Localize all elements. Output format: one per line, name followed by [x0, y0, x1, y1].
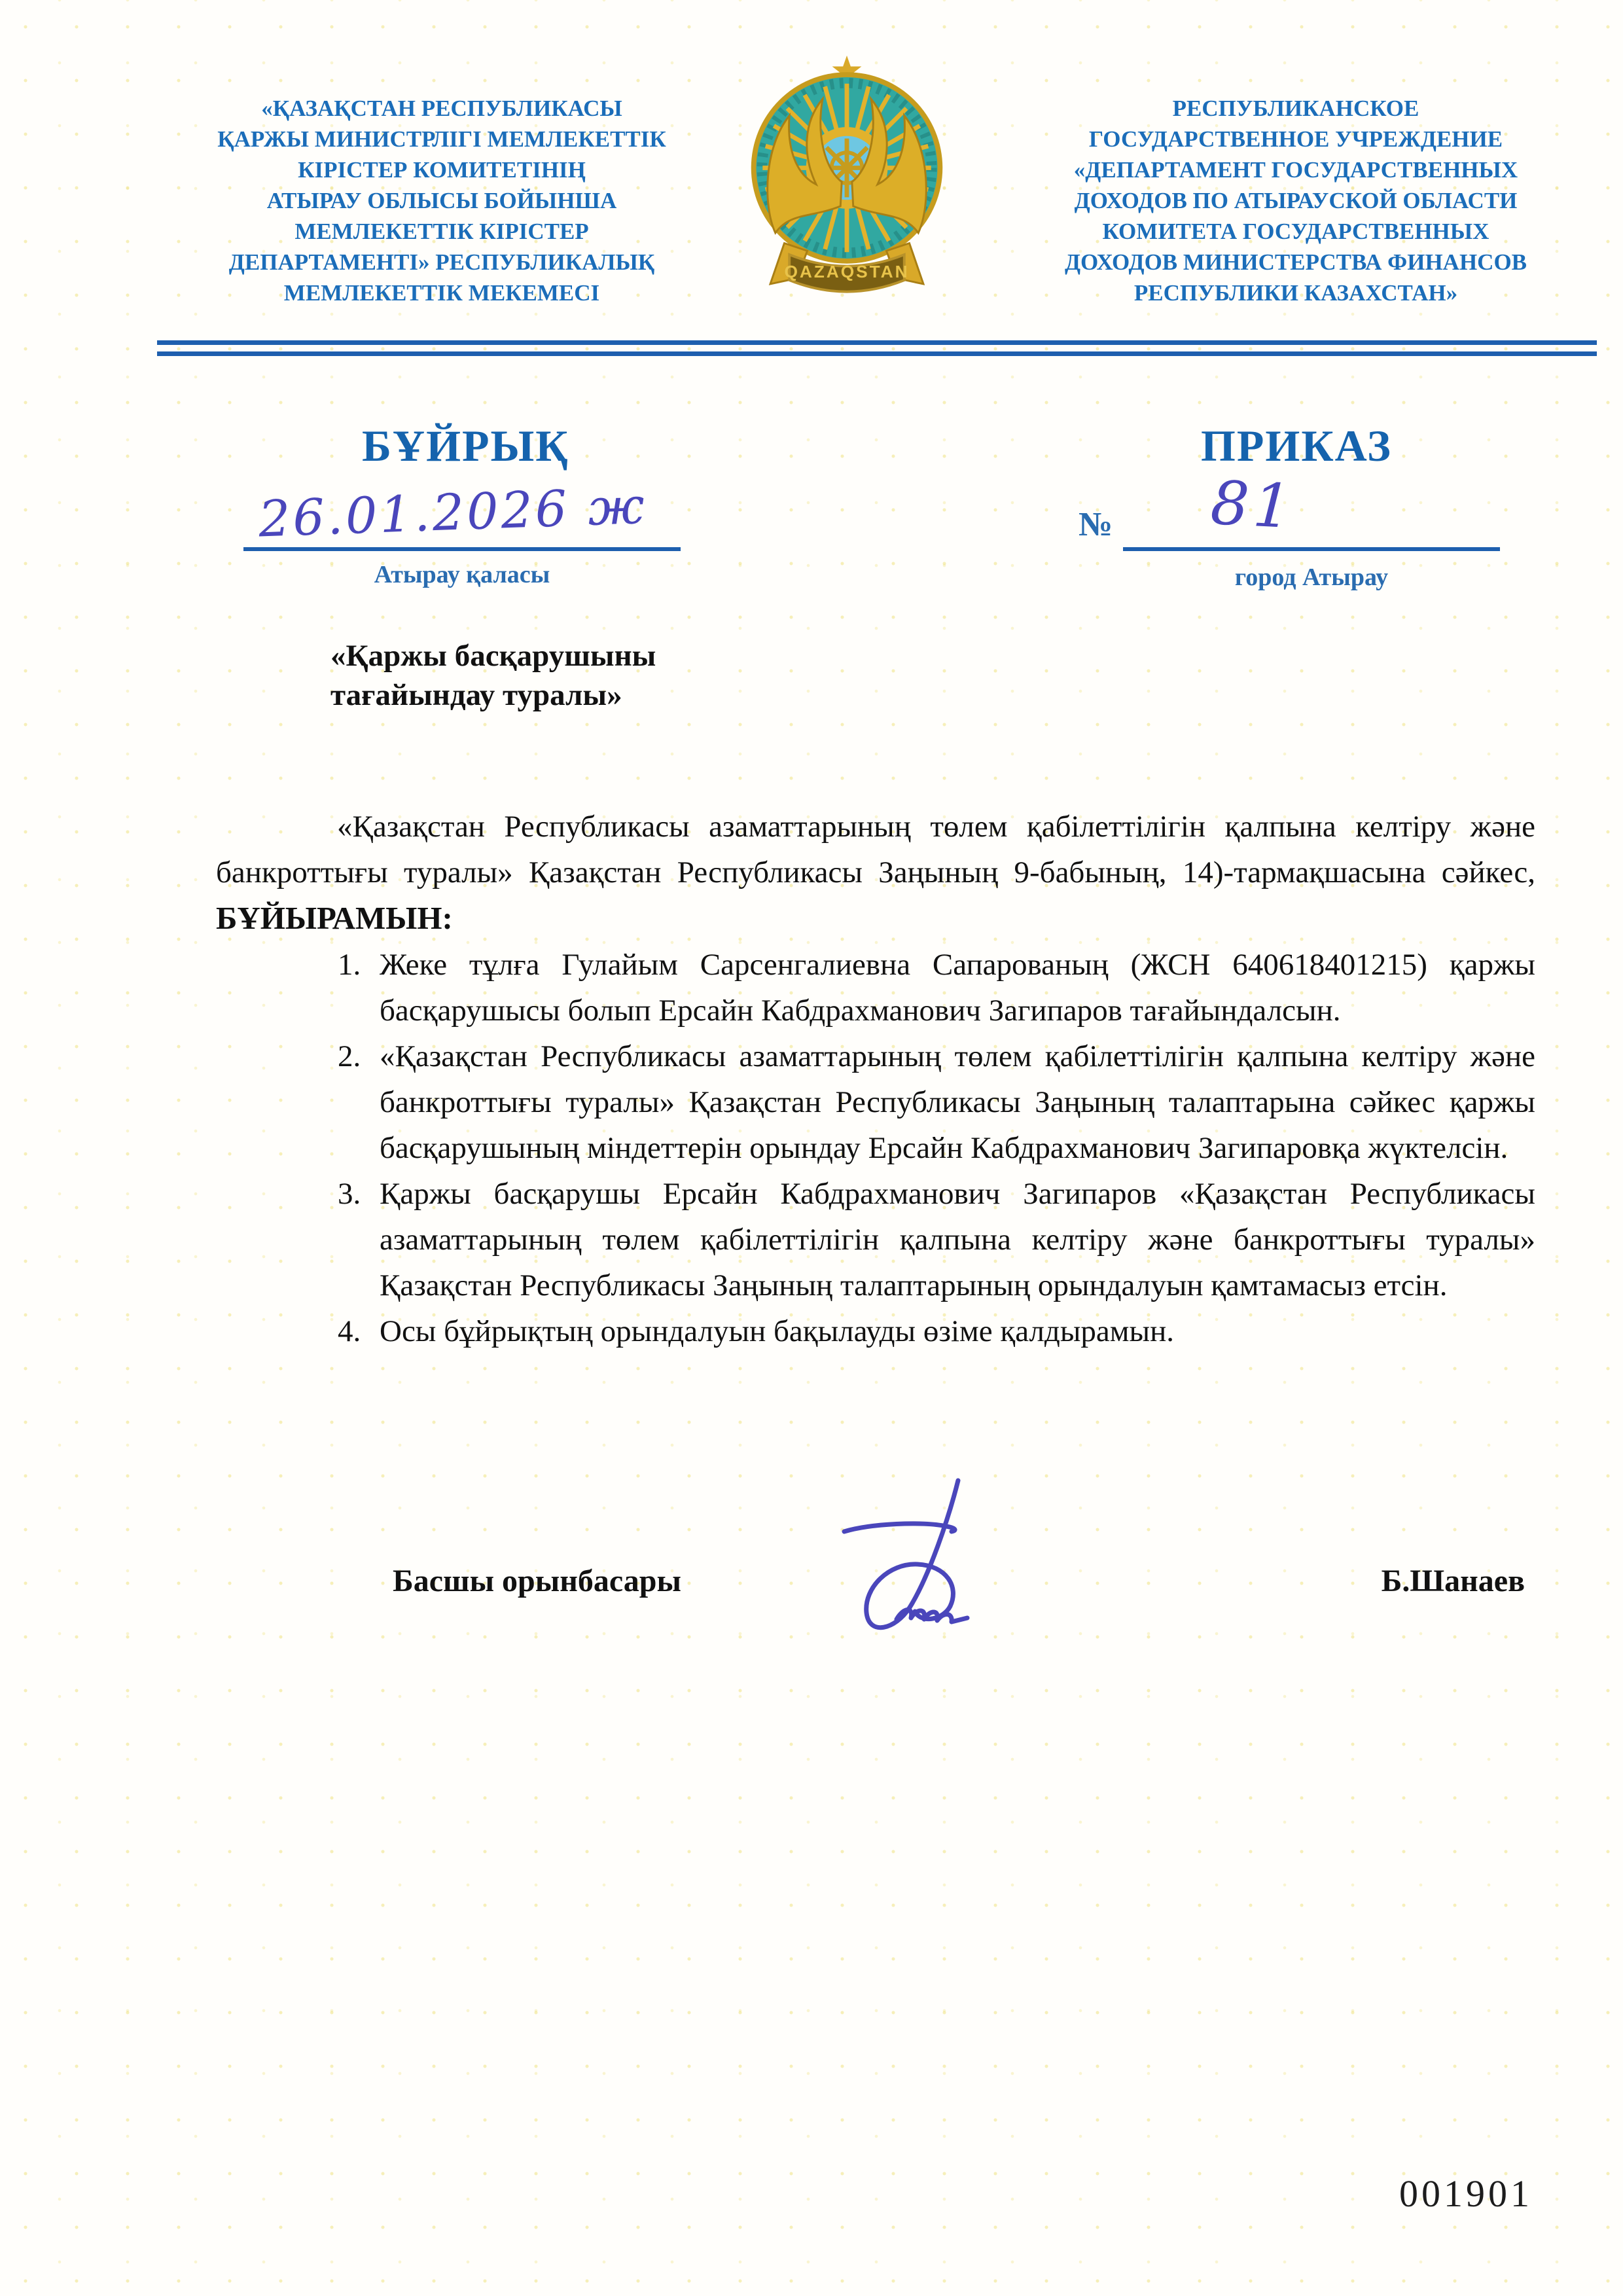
- date-underline: [243, 547, 681, 551]
- list-item-text: «Қазақстан Республикасы азаматтарының тө…: [380, 1039, 1535, 1165]
- org-ru-line: ДОХОДОВ ПО АТЫРАУСКОЙ ОБЛАСТИ: [1011, 185, 1580, 216]
- letterhead-divider-rule: [157, 340, 1597, 356]
- order-title-russian: ПРИКАЗ: [1201, 420, 1476, 472]
- subject-line-1: «Қаржы басқарушыны: [330, 636, 789, 675]
- place-russian: город Атырау: [1123, 563, 1500, 592]
- list-item-number: 4.: [338, 1308, 361, 1354]
- list-item-number: 2.: [338, 1033, 361, 1079]
- signer-name: Б.Шанаев: [1382, 1563, 1525, 1599]
- list-item: 1. Жеке тұлға Гулайым Сарсенгалиевна Сап…: [216, 942, 1535, 1033]
- list-item: 4. Осы бұйрықтың орындалуын бақылауды өз…: [216, 1308, 1535, 1354]
- subject-line-2: тағайындау туралы»: [330, 675, 789, 715]
- number-sign: №: [1079, 505, 1113, 544]
- org-name-kazakh: «ҚАЗАҚСТАН РЕСПУБЛИКАСЫ ҚАРЖЫ МИНИСТРЛІГ…: [183, 93, 700, 308]
- order-items-list: 1. Жеке тұлға Гулайым Сарсенгалиевна Сап…: [216, 942, 1535, 1354]
- org-ru-line: КОМИТЕТА ГОСУДАРСТВЕННЫХ: [1011, 216, 1580, 247]
- list-item-text: Қаржы басқарушы Ерсайн Кабдрахманович За…: [380, 1177, 1535, 1302]
- handwritten-order-number: 81: [1209, 468, 1297, 543]
- intro-text: «Қазақстан Республикасы азаматтарының тө…: [216, 810, 1535, 889]
- org-kk-line: АТЫРАУ ОБЛЫСЫ БОЙЫНША: [183, 185, 700, 216]
- order-body: «Қазақстан Республикасы азаматтарының тө…: [216, 804, 1535, 1354]
- list-item-text: Жеке тұлға Гулайым Сарсенгалиевна Сапаро…: [380, 948, 1535, 1028]
- org-ru-line: РЕСПУБЛИКАНСКОЕ: [1011, 93, 1580, 124]
- signer-position: Басшы орынбасары: [393, 1563, 681, 1599]
- org-ru-line: РЕСПУБЛИКИ КАЗАХСТАН»: [1011, 278, 1580, 308]
- org-ru-line: ГОСУДАРСТВЕННОЕ УЧРЕЖДЕНИЕ: [1011, 124, 1580, 154]
- org-kk-line: МЕМЛЕКЕТТІК МЕКЕМЕСІ: [183, 278, 700, 308]
- scanned-order-document: { "letterhead": { "org_kk": [ "«ҚАЗАҚСТА…: [0, 0, 1623, 2296]
- kazakhstan-coat-of-arms-icon: QAZAQSTAN: [745, 51, 949, 310]
- org-kk-line: «ҚАЗАҚСТАН РЕСПУБЛИКАСЫ: [183, 93, 700, 124]
- list-item: 3. Қаржы басқарушы Ерсайн Кабдрахманович…: [216, 1171, 1535, 1308]
- org-kk-line: ДЕПАРТАМЕНТІ» РЕСПУБЛИКАЛЫҚ: [183, 247, 700, 278]
- list-item-text: Осы бұйрықтың орындалуын бақылауды өзіме…: [380, 1314, 1174, 1348]
- place-kazakh: Атырау қаласы: [243, 560, 681, 589]
- list-item: 2. «Қазақстан Республикасы азаматтарының…: [216, 1033, 1535, 1171]
- number-underline: [1123, 547, 1500, 551]
- intro-bold-word: БҰЙЫРАМЫН:: [216, 900, 453, 936]
- form-number: 001901: [1399, 2172, 1533, 2215]
- org-kk-line: КІРІСТЕР КОМИТЕТІНІҢ: [183, 154, 700, 185]
- emblem-banner-text: QAZAQSTAN: [784, 262, 909, 281]
- list-item-number: 3.: [338, 1171, 361, 1217]
- handwritten-signature: [818, 1471, 1054, 1655]
- org-ru-line: ДОХОДОВ МИНИСТЕРСТВА ФИНАНСОВ: [1011, 247, 1580, 278]
- order-subject: «Қаржы басқарушыны тағайындау туралы»: [330, 636, 789, 715]
- org-ru-line: «ДЕПАРТАМЕНТ ГОСУДАРСТВЕННЫХ: [1011, 154, 1580, 185]
- order-title-kazakh: БҰЙРЫҚ: [362, 420, 637, 472]
- signature-block: Басшы орынбасары Б.Шанаев: [216, 1550, 1535, 1628]
- org-kk-line: МЕМЛЕКЕТТІК КІРІСТЕР: [183, 216, 700, 247]
- handwritten-date: 26.01.2026 ж: [258, 476, 652, 548]
- org-kk-line: ҚАРЖЫ МИНИСТРЛІГІ МЕМЛЕКЕТТІК: [183, 124, 700, 154]
- intro-paragraph: «Қазақстан Республикасы азаматтарының тө…: [216, 804, 1535, 942]
- org-name-russian: РЕСПУБЛИКАНСКОЕ ГОСУДАРСТВЕННОЕ УЧРЕЖДЕН…: [1011, 93, 1580, 308]
- list-item-number: 1.: [338, 942, 361, 988]
